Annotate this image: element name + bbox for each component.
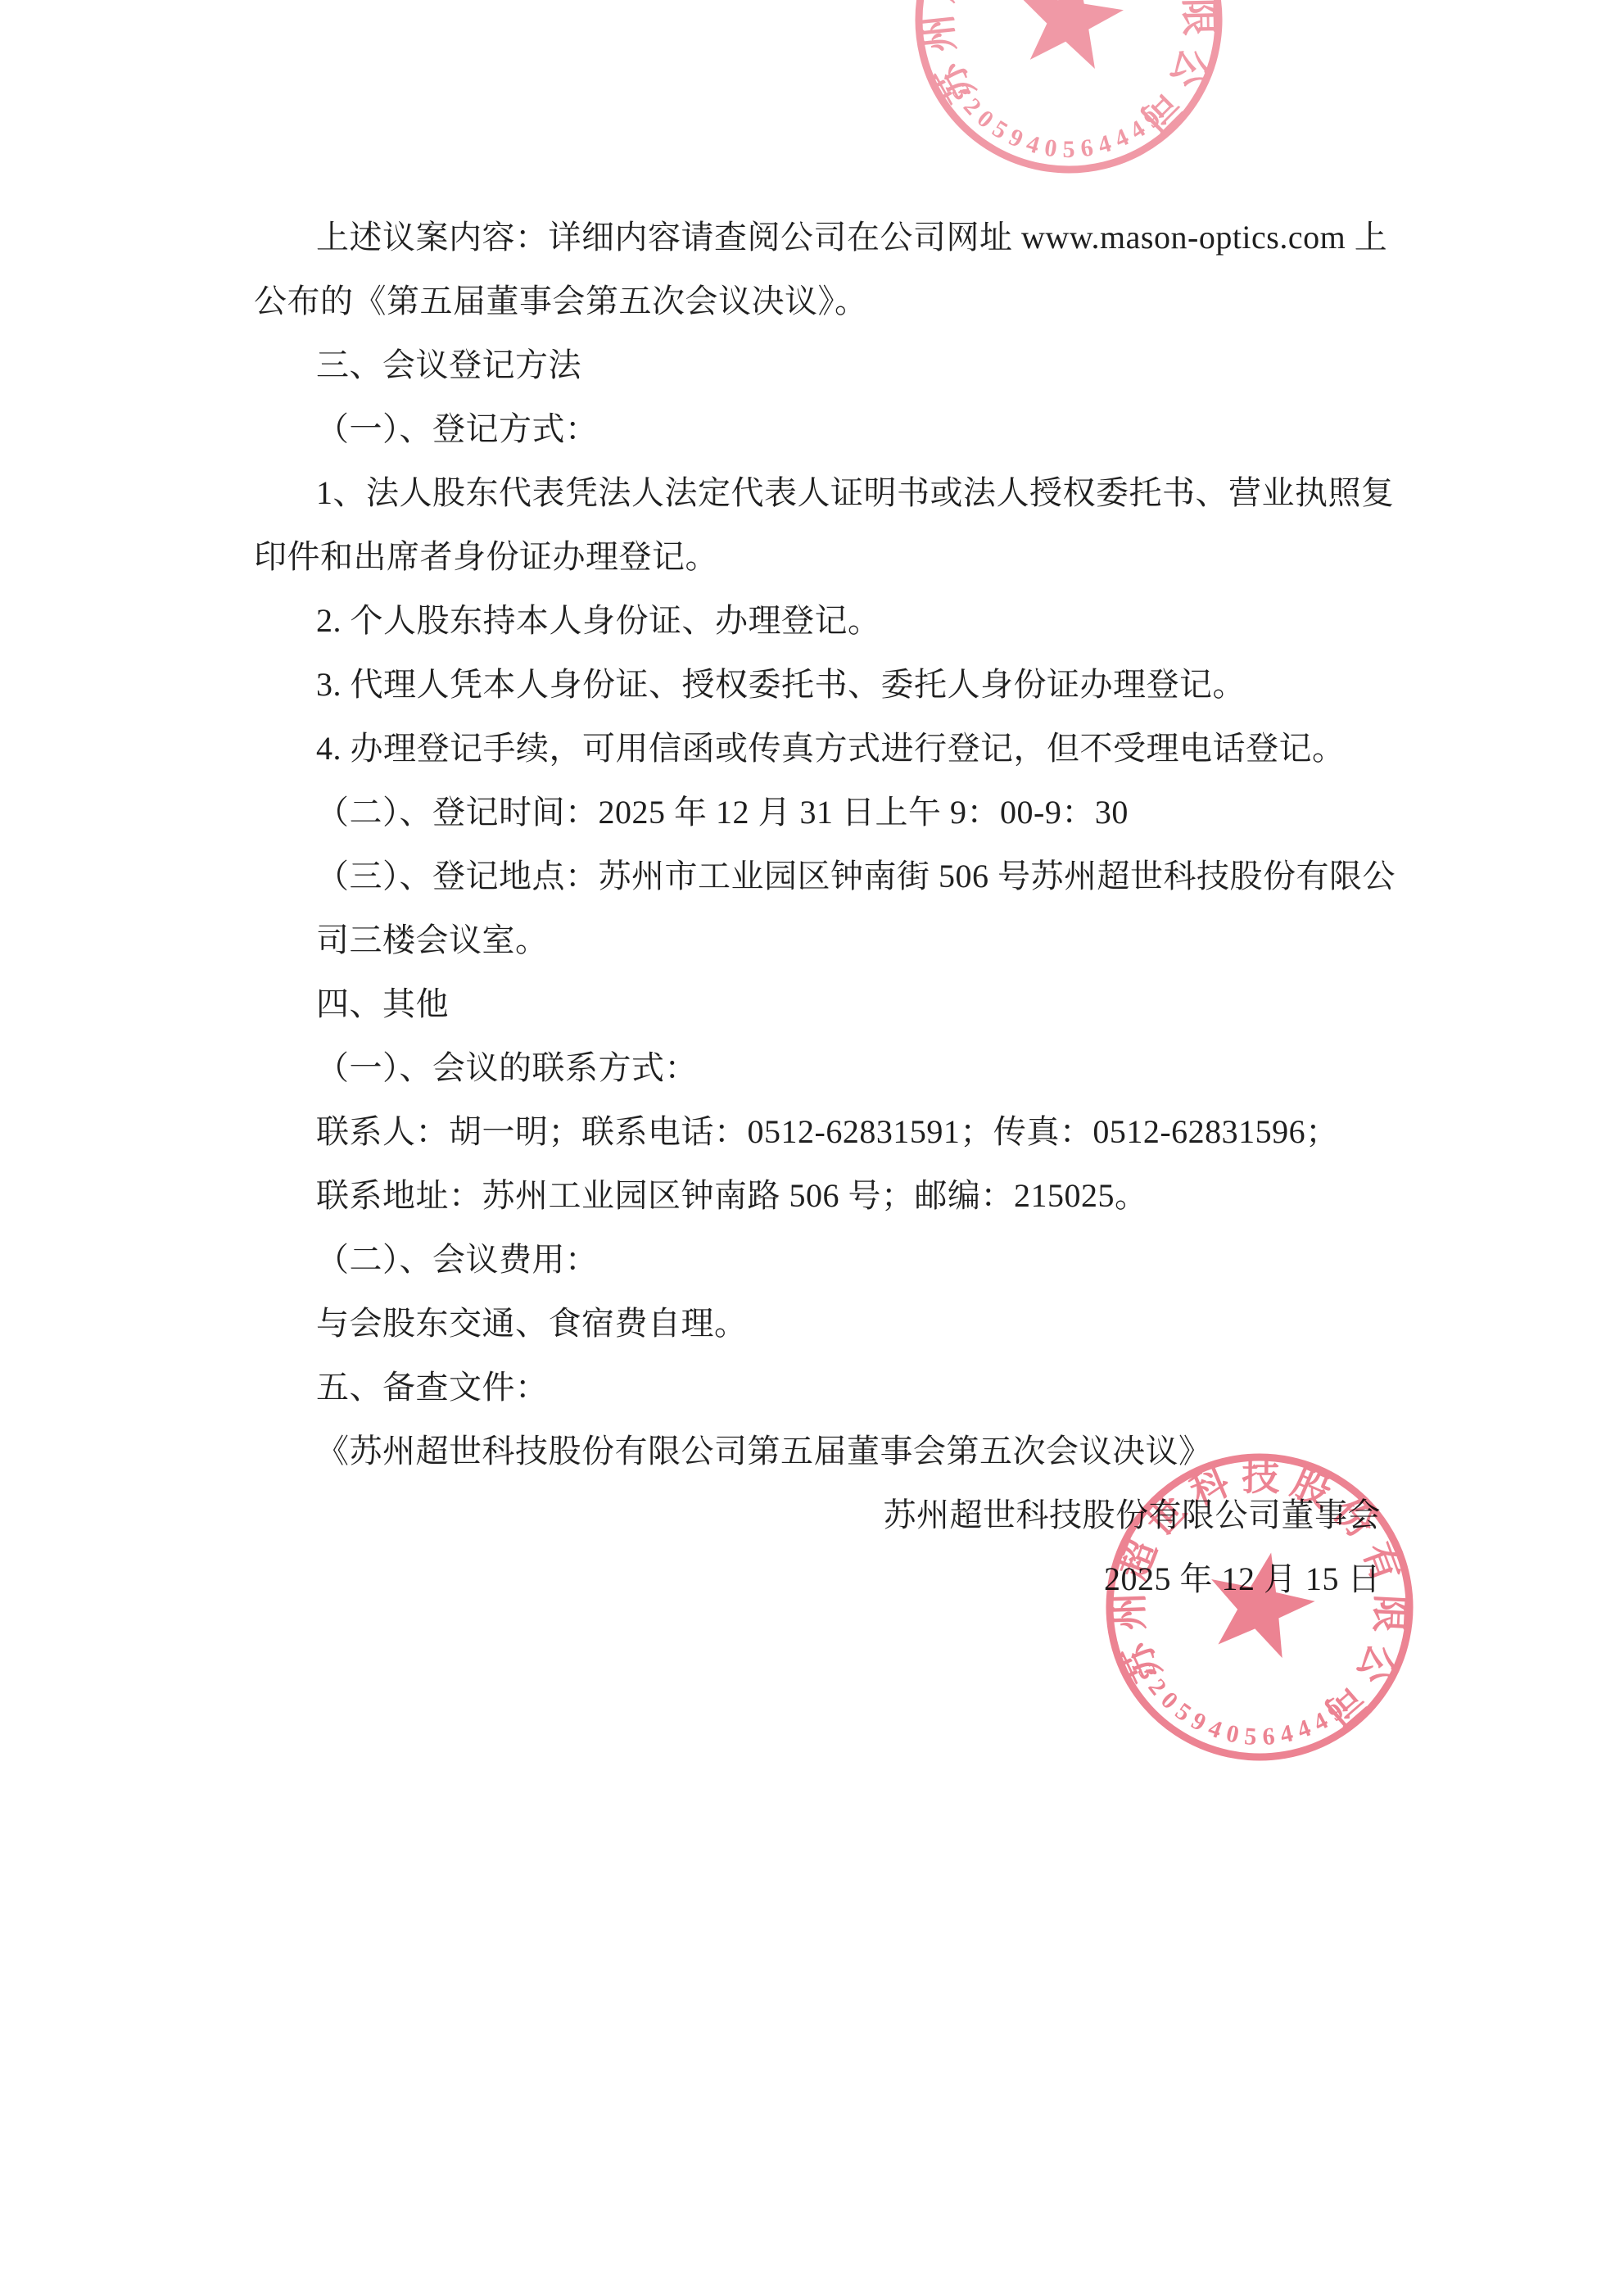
- seal-serial-number-char: 9: [1323, 1697, 1349, 1727]
- seal-serial-number-char: 0: [1224, 1719, 1242, 1748]
- body-line: 《苏州超世科技股份有限公司第五届董事会第五次会议决议》: [254, 1420, 1382, 1483]
- seal-serial-number-char: 6: [1079, 134, 1094, 163]
- seal-serial-number-char: 9: [1005, 124, 1027, 153]
- seal-serial-number-char: 0: [1043, 134, 1058, 163]
- seal-ring-text-char: 司: [1133, 84, 1189, 140]
- date-line: 2025 年 12 月 15 日: [254, 1547, 1382, 1611]
- seal-serial-number-char: 2: [1142, 1674, 1171, 1700]
- body-line: 2. 个人股东持本人身份证、办理登记。: [254, 589, 1382, 653]
- seal-serial-number-char: 0: [1156, 1687, 1183, 1714]
- body-line: （三）、登记地点：苏州市工业园区钟南街 506 号苏州超世科技股份有限公: [254, 845, 1382, 908]
- seal-serial-number-char: 3: [947, 79, 976, 105]
- document-body: 上述议案内容：详细内容请查阅公司在公司网址 www.mason-optics.c…: [254, 206, 1382, 1611]
- seal-serial-number-char: 9: [1139, 105, 1166, 134]
- seal-ring-text-char: 限: [1177, 0, 1219, 36]
- seal-serial-number-char: 4: [1205, 1714, 1225, 1744]
- body-line: 联系人：胡一明；联系电话：0512-62831591；传真：0512-62831…: [254, 1100, 1382, 1164]
- body-line: 联系地址：苏州工业园区钟南路 506 号；邮编：215025。: [254, 1164, 1382, 1228]
- seal-ring-text-char: 苏: [1115, 1635, 1169, 1688]
- body-line: 上述议案内容：详细内容请查阅公司在公司网址 www.mason-optics.c…: [254, 206, 1382, 269]
- seal-serial-number-char: 5: [1170, 1697, 1197, 1727]
- seal-serial-number-char: 4: [1111, 124, 1133, 153]
- seal-ring-text-char: 司: [1317, 1677, 1373, 1733]
- body-line: 四、其他: [254, 972, 1382, 1036]
- scanned-document-page: { "document": { "body_lines": [ {"text":…: [0, 0, 1624, 2296]
- star-icon: [1010, 0, 1129, 71]
- seal-serial-number-char: 5: [988, 115, 1012, 144]
- signature-line: 苏州超世科技股份有限公司董事会: [254, 1483, 1382, 1547]
- body-line: 与会股东交通、食宿费自理。: [254, 1292, 1382, 1356]
- seal-serial-number-char: 4: [1095, 129, 1115, 159]
- body-line: 4. 办理登记手续，可用信函或传真方式进行登记，但不受理电话登记。: [254, 717, 1382, 781]
- page-background: 上述议案内容：详细内容请查阅公司在公司网址 www.mason-optics.c…: [0, 0, 1624, 2296]
- seal-border-ring: [905, 0, 1233, 183]
- seal-serial-number-char: 0: [972, 105, 999, 134]
- seal-serial-number-char: 4: [1125, 115, 1150, 144]
- body-line: 印件和出席者身份证办理登记。: [254, 525, 1382, 589]
- body-line: 3. 代理人凭本人身份证、授权委托书、委托人身份证办理登记。: [254, 653, 1382, 717]
- seal-serial-number-char: 4: [1278, 1719, 1296, 1748]
- seal-ring-text-char: 州: [917, 12, 962, 54]
- seal-serial-number-char: 2: [958, 93, 987, 120]
- seal-serial-number-char: 9: [1187, 1707, 1210, 1737]
- body-line: 五、备查文件：: [254, 1356, 1382, 1420]
- seal-ring-text-char: 苏: [927, 55, 983, 110]
- seal-ring-text-char: 公: [1350, 1637, 1404, 1690]
- seal-ring-text-char: 公: [1163, 43, 1215, 93]
- body-line: 三、会议登记方法: [254, 333, 1382, 397]
- seal-serial-number-char: 4: [1294, 1714, 1314, 1744]
- seal-serial-number-char: 4: [1024, 129, 1043, 159]
- body-line: 公布的《第五届董事会第五次会议决议》。: [254, 269, 1382, 333]
- seal-serial-number-char: 5: [1063, 136, 1075, 163]
- body-line: 1、法人股东代表凭法人法定代表人证明书或法人授权委托书、营业执照复: [254, 461, 1382, 525]
- seal-serial-number-char: 4: [1309, 1707, 1332, 1737]
- body-line: 司三楼会议室。: [254, 908, 1382, 972]
- seal-serial-number-char: 3: [1133, 1660, 1162, 1684]
- body-line: （二）、登记时间：2025 年 12 月 31 日上午 9：00-9：30: [254, 781, 1382, 845]
- seal-serial-number-char: 6: [1261, 1723, 1275, 1750]
- seal-ring-text-char: 超: [919, 0, 970, 6]
- seal-serial-number-char: 5: [1243, 1723, 1257, 1750]
- body-line: （一）、会议的联系方式：: [254, 1036, 1382, 1100]
- body-line: （一）、登记方式：: [254, 397, 1382, 461]
- company-seal-stamp-top: 苏州超世科技股份有限公司3205940564449: [905, 0, 1233, 183]
- body-line: （二）、会议费用：: [254, 1228, 1382, 1292]
